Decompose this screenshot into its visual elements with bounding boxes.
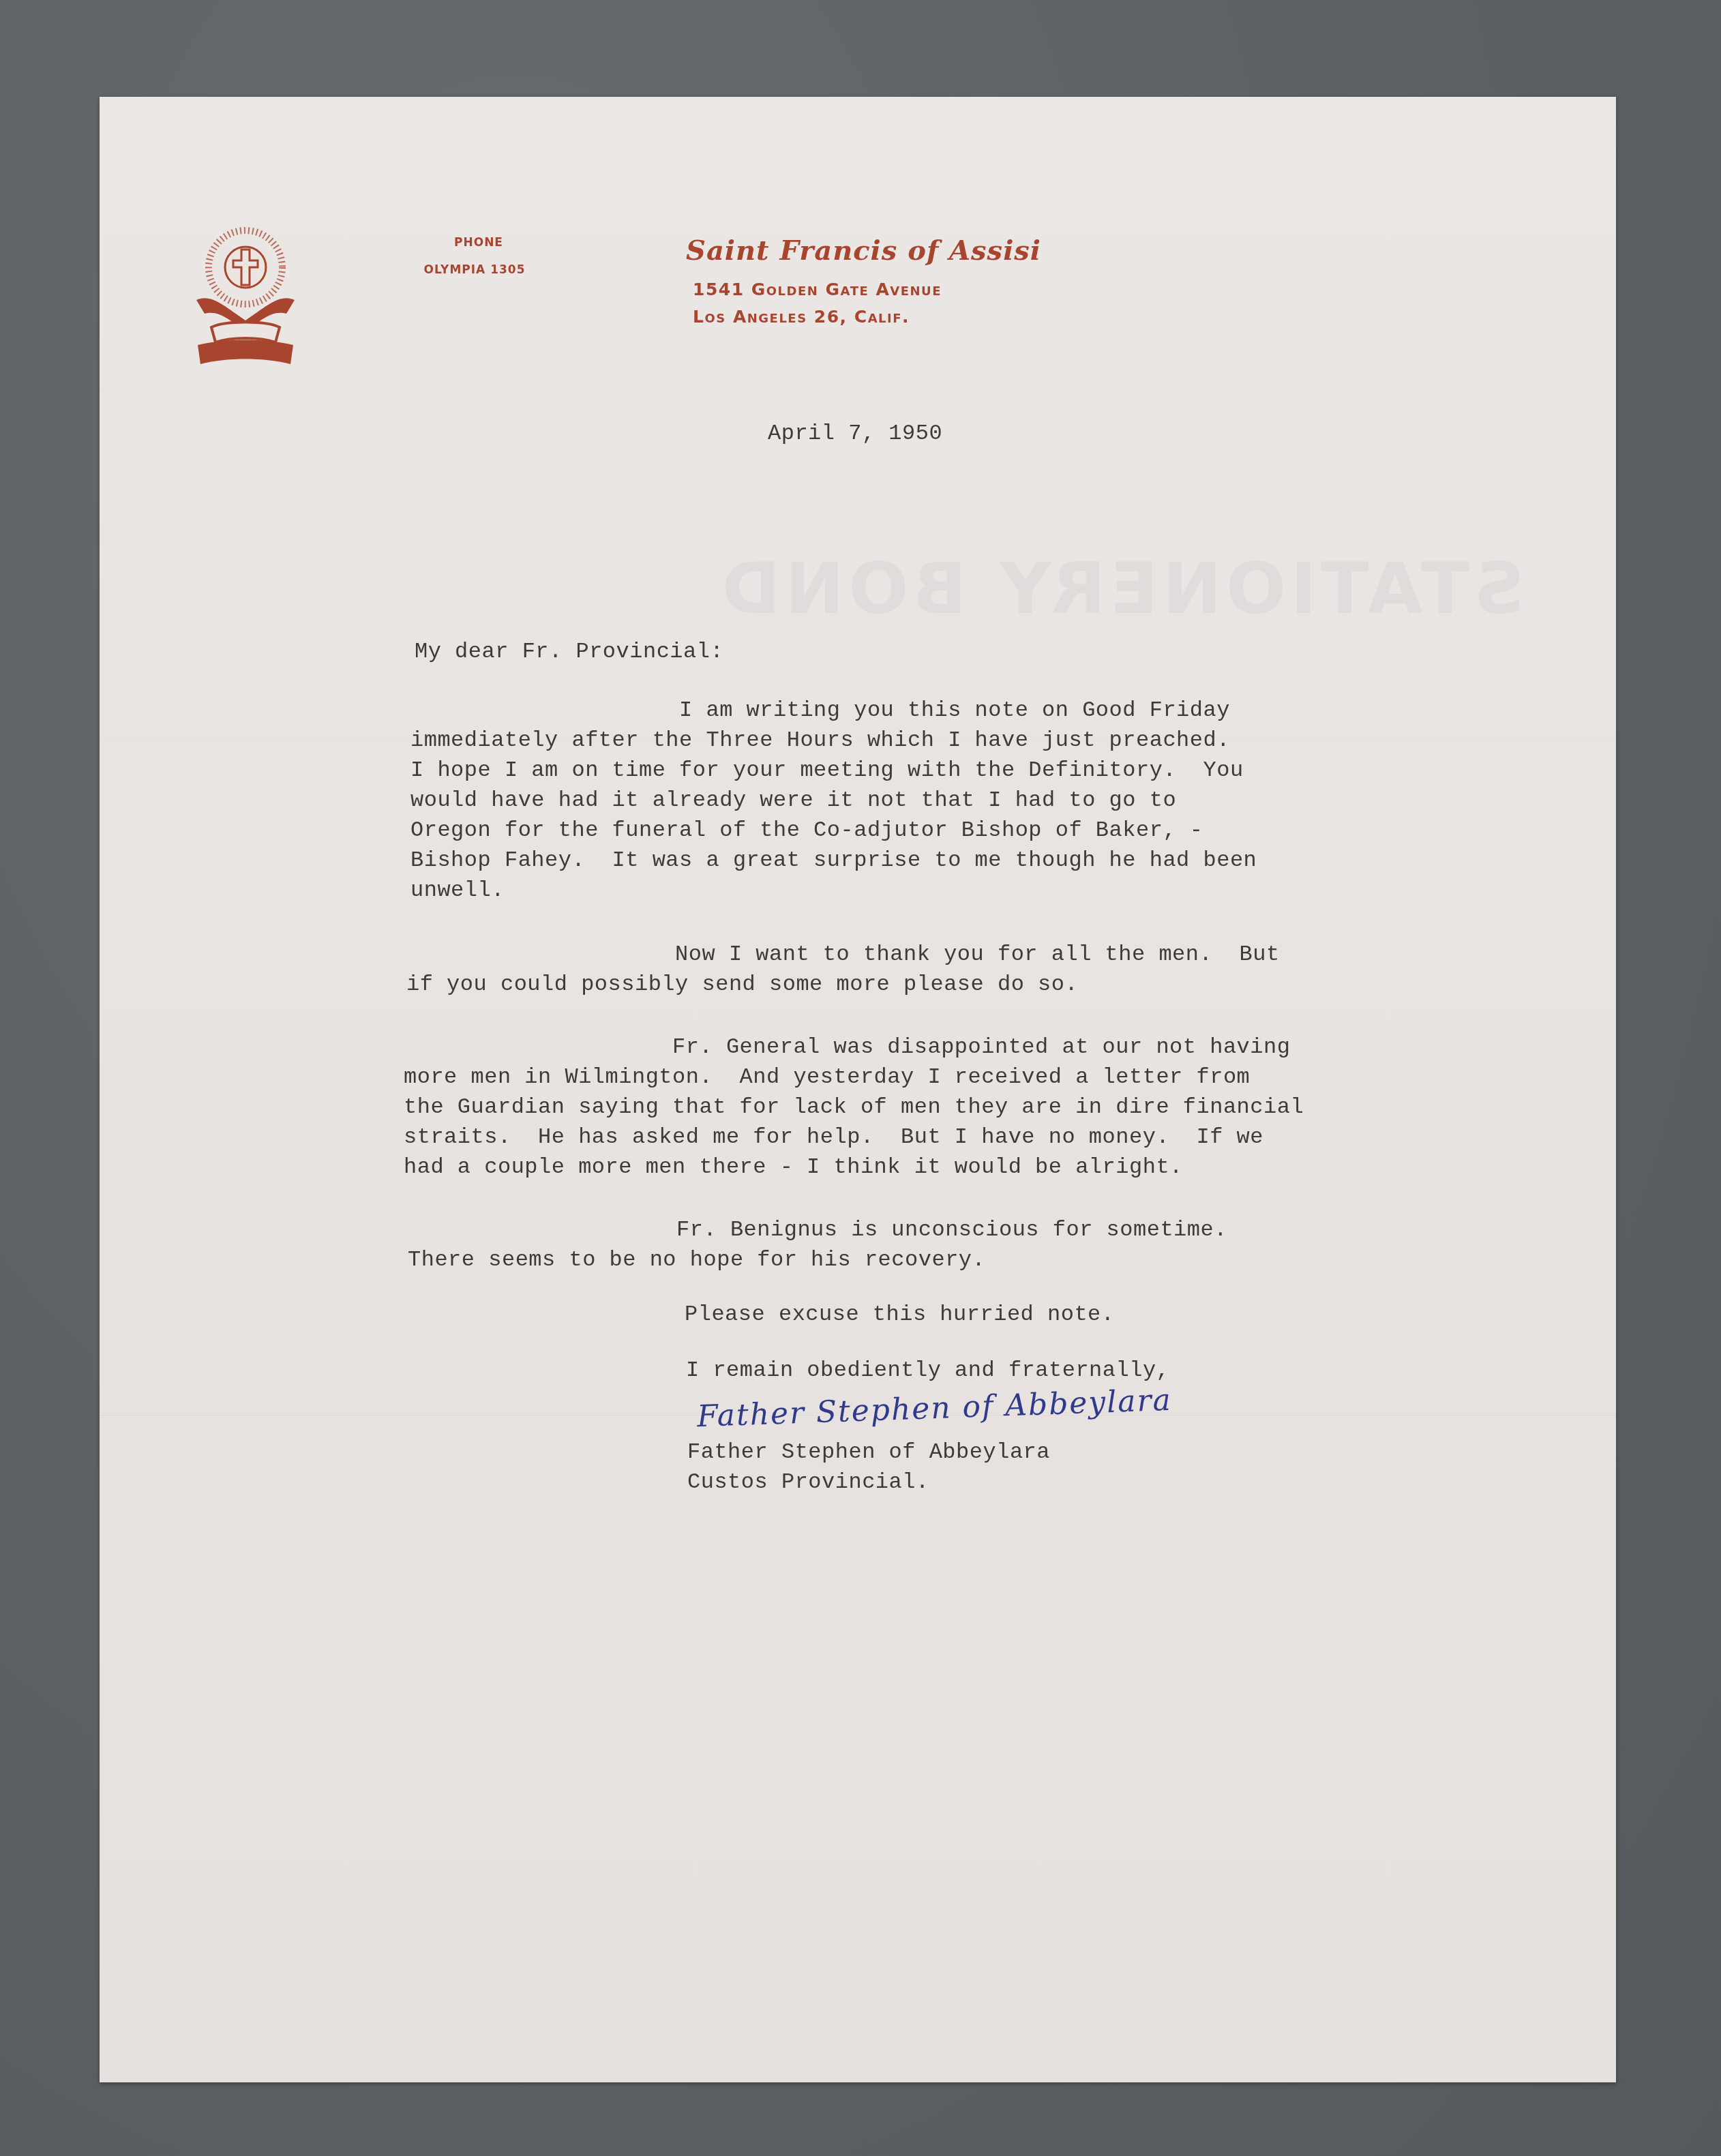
letterhead-phone-label: PHONE (410, 236, 547, 250)
handwritten-signature: Father Stephen of Abbeylara (696, 1383, 1172, 1434)
signature-name: Father Stephen of Abbeylara (687, 1437, 1050, 1467)
letter-paragraph: I am writing you this note on Good Frida… (410, 695, 1257, 905)
letter-paragraph: Fr. Benignus is unconscious for sometime… (408, 1215, 1227, 1275)
letter-salutation: My dear Fr. Provincial: (415, 637, 723, 667)
signature-title: Custos Provincial. (687, 1467, 929, 1497)
letter-paragraph: Fr. General was disappointed at our not … (404, 1032, 1304, 1182)
letterhead-phone-number: OLYMPIA 1305 (406, 263, 543, 277)
letterhead-address-line2: Los Angeles 26, Calif. (693, 307, 1170, 327)
letter-valediction: I remain obediently and fraternally, (686, 1356, 1169, 1386)
letter-date: April 7, 1950 (768, 419, 942, 449)
letter-paper: STATIONERY BOND Saint Francis of Assisi … (100, 97, 1616, 2082)
letterhead-title: Saint Francis of Assisi (686, 235, 1300, 267)
watermark: STATIONERY BOND (625, 547, 1525, 629)
letterhead-address-line1: 1541 Golden Gate Avenue (693, 280, 1170, 299)
franciscan-crest-icon (184, 225, 307, 371)
letter-closing-note: Please excuse this hurried note. (685, 1300, 1115, 1330)
letter-paragraph: Now I want to thank you for all the men.… (406, 940, 1280, 1000)
